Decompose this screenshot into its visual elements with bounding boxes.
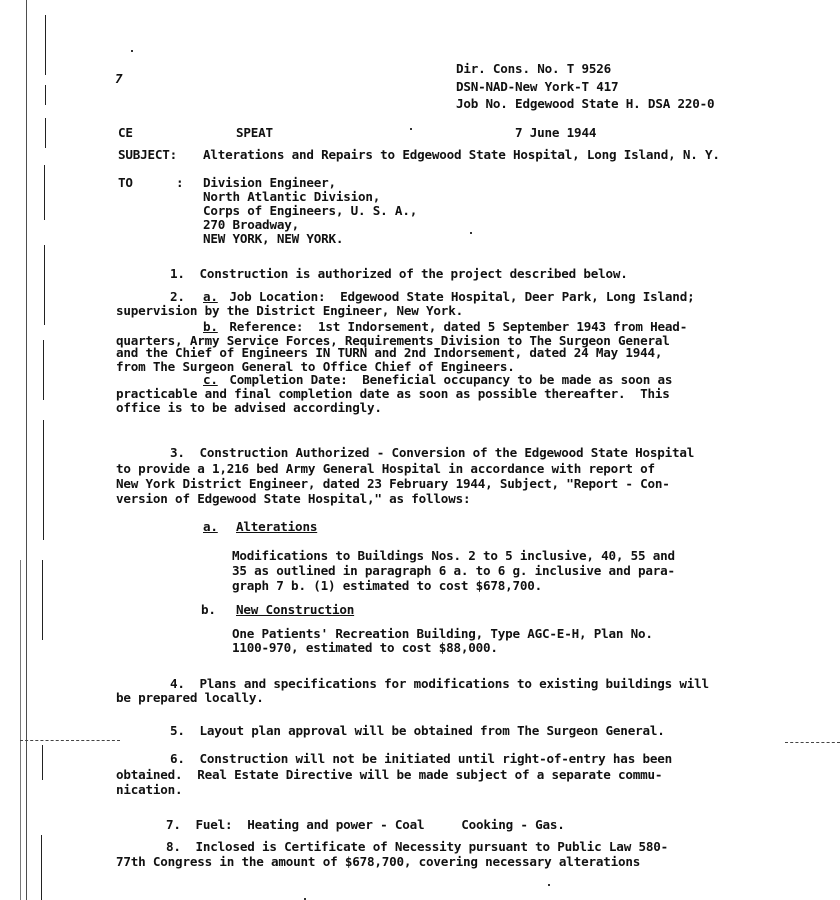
paragraph-2b-line: Reference: 1st Indorsement, dated 5 Sept… — [222, 320, 687, 333]
paragraph-3a-line: graph 7 b. (1) estimated to cost $678,70… — [232, 579, 542, 592]
letter-date: 7 June 1944 — [515, 126, 596, 139]
paragraph-2a-number: 2. — [170, 290, 185, 303]
paragraph-5: 5. Layout plan approval will be obtained… — [170, 724, 665, 737]
paragraph-6-line: nication. — [116, 783, 182, 796]
scan-margin-line — [26, 0, 27, 900]
address-line: Division Engineer, — [203, 176, 336, 189]
subject-label: SUBJECT: — [118, 148, 177, 161]
ref-line-2: DSN-NAD-New York-T 417 — [456, 80, 618, 93]
paragraph-3-line: version of Edgewood State Hospital," as … — [116, 492, 470, 505]
scan-margin-line — [45, 118, 46, 148]
paragraph-2a-letter: a. — [203, 290, 218, 303]
subject-text: Alterations and Repairs to Edgewood Stat… — [203, 148, 720, 161]
address-line: North Atlantic Division, — [203, 190, 380, 203]
scan-speck — [410, 128, 412, 130]
ref-line-3: Job No. Edgewood State H. DSA 220-0 — [456, 97, 714, 110]
office-code: CE — [118, 126, 133, 139]
scan-speck — [131, 50, 133, 52]
paragraph-3-line: New York District Engineer, dated 23 Feb… — [116, 477, 670, 490]
paragraph-8-line: 77th Congress in the amount of $678,700,… — [116, 855, 640, 868]
paragraph-2c-line: Completion Date: Beneficial occupancy to… — [222, 373, 672, 386]
scan-margin-line — [45, 85, 46, 105]
paragraph-3b-line: 1100-970, estimated to cost $88,000. — [232, 641, 498, 654]
paragraph-3b-letter: b. — [201, 603, 216, 616]
address-line: Corps of Engineers, U. S. A., — [203, 204, 417, 217]
paragraph-3b-line: One Patients' Recreation Building, Type … — [232, 627, 653, 640]
paragraph-3a-title: Alterations — [236, 520, 317, 533]
paragraph-3-line: 3. Construction Authorized - Conversion … — [170, 446, 694, 459]
paragraph-2c-line: office is to be advised accordingly. — [116, 401, 382, 414]
paragraph-2c-line: practicable and final completion date as… — [116, 387, 670, 400]
to-colon: : — [176, 176, 183, 189]
margin-mark: 7 — [115, 72, 122, 85]
paragraph-3a-line: 35 as outlined in paragraph 6 a. to 6 g.… — [232, 564, 675, 577]
paragraph-6-line: obtained. Real Estate Directive will be … — [116, 768, 662, 781]
scan-margin-line — [45, 15, 46, 75]
paragraph-8-line: 8. Inclosed is Certificate of Necessity … — [166, 840, 668, 853]
ref-line-1: Dir. Cons. No. T 9526 — [456, 62, 611, 75]
paragraph-2b-letter: b. — [203, 320, 218, 333]
scan-dash-line — [20, 740, 120, 742]
address-line: NEW YORK, NEW YORK. — [203, 232, 343, 245]
paragraph-2a-line: Job Location: Edgewood State Hospital, D… — [222, 290, 694, 303]
scan-dash-line — [785, 742, 840, 744]
paragraph-4-line: be prepared locally. — [116, 691, 264, 704]
paragraph-2b-line: and the Chief of Engineers IN TURN and 2… — [116, 346, 662, 359]
paragraph-2c-letter: c. — [203, 373, 218, 386]
paragraph-3b-title: New Construction — [236, 603, 354, 616]
scan-margin-line — [44, 245, 45, 325]
scan-speck — [470, 232, 472, 234]
paragraph-3-line: to provide a 1,216 bed Army General Hosp… — [116, 462, 655, 475]
paragraph-3a-line: Modifications to Buildings Nos. 2 to 5 i… — [232, 549, 675, 562]
scan-margin-line — [43, 420, 44, 540]
paragraph-2a-line: supervision by the District Engineer, Ne… — [116, 304, 463, 317]
scan-margin-line — [43, 340, 44, 400]
office-symbol: SPEAT — [236, 126, 273, 139]
document-page: Dir. Cons. No. T 9526 DSN-NAD-New York-T… — [0, 0, 840, 900]
scan-margin-line — [20, 560, 21, 900]
paragraph-1: 1. Construction is authorized of the pro… — [170, 267, 628, 280]
scan-margin-line — [42, 560, 43, 640]
to-label: TO — [118, 176, 133, 189]
scan-margin-line — [41, 835, 42, 900]
paragraph-4-line: 4. Plans and specifications for modifica… — [170, 677, 709, 690]
paragraph-3a-letter: a. — [203, 520, 218, 533]
paragraph-6-line: 6. Construction will not be initiated un… — [170, 752, 672, 765]
scan-margin-line — [42, 745, 43, 780]
scan-speck — [548, 884, 550, 886]
paragraph-7: 7. Fuel: Heating and power - Coal Cookin… — [166, 818, 565, 831]
scan-margin-line — [44, 165, 45, 220]
address-line: 270 Broadway, — [203, 218, 299, 231]
